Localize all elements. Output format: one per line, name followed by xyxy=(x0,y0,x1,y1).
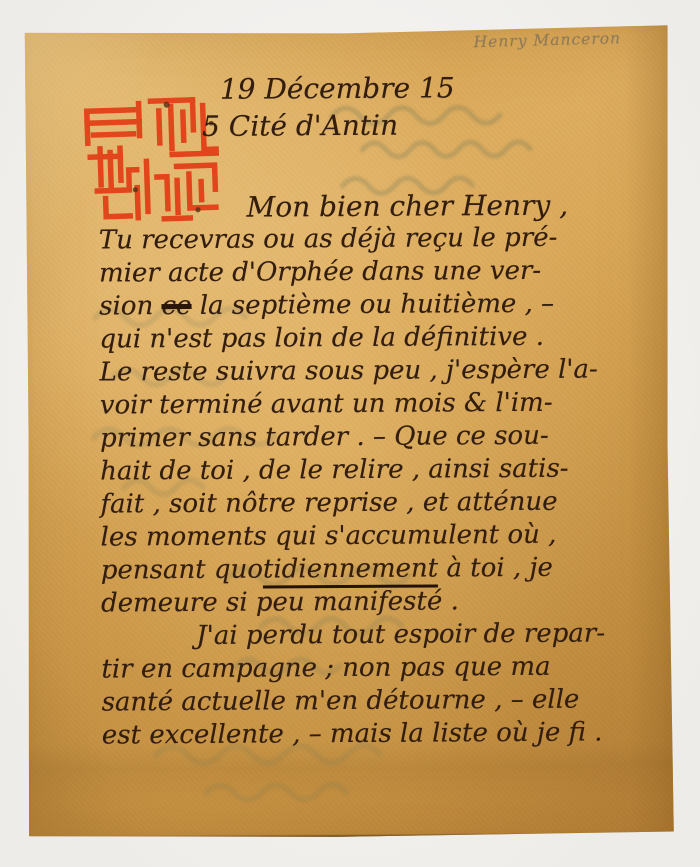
body-line: pensant quotidiennement à toi , je xyxy=(101,551,641,587)
pencil-annotation: Henry Manceron xyxy=(473,28,663,51)
body-line: primer sans tarder . – Que ce sou- xyxy=(100,419,640,455)
letter-sheet: Henry Manceron 19 Décembre 15 5 Cité d'A… xyxy=(22,24,675,842)
body-line: voir terminé avant un mois & l'im- xyxy=(100,386,640,422)
body-line: Tu recevras ou as déjà reçu le pré- xyxy=(99,221,639,257)
body-text: la septième ou huitième , – xyxy=(191,289,554,321)
body-line: sion ce la septième ou huitième , – xyxy=(99,287,639,323)
body-line: est excellente , – mais la liste où je f… xyxy=(102,716,642,752)
body-text: à toi , je xyxy=(438,553,553,584)
body-line: santé actuelle m'en détourne , – elle xyxy=(102,683,642,719)
body-line: fait , soit nôtre reprise , et atténue xyxy=(100,485,640,521)
body-line: les moments qui s'accumulent où , xyxy=(101,518,641,554)
date-address-block: 19 Décembre 15 5 Cité d'Antin xyxy=(220,69,455,144)
body-line: mier acte d'Orphée dans une ver- xyxy=(99,254,639,290)
crossed-out-word: ce xyxy=(161,291,191,321)
body-line: tir en campagne ; non pas que ma xyxy=(101,650,641,686)
body-text: sion xyxy=(99,291,162,321)
body-line: Le reste suivra sous peu , j'espère l'a- xyxy=(100,353,640,389)
letter-photograph: Henry Manceron 19 Décembre 15 5 Cité d'A… xyxy=(0,0,700,867)
body-line: qui n'est pas loin de la définitive . xyxy=(99,320,639,356)
greeting-line: Mon bien cher Henry , xyxy=(247,188,639,223)
body-line: hait de toi , de le relire , ainsi satis… xyxy=(100,452,640,488)
date-line: 19 Décembre 15 xyxy=(220,69,455,107)
underlined-word: tidiennement xyxy=(263,553,438,588)
letter-body: Mon bien cher Henry , Tu recevras ou as … xyxy=(99,188,642,752)
body-line: J'ai perdu tout espoir de repar- xyxy=(196,617,641,653)
body-text: pensant quo xyxy=(101,555,263,586)
body-line: demeure si peu manifesté . xyxy=(101,584,641,620)
address-line: 5 Cité d'Antin xyxy=(202,106,455,145)
